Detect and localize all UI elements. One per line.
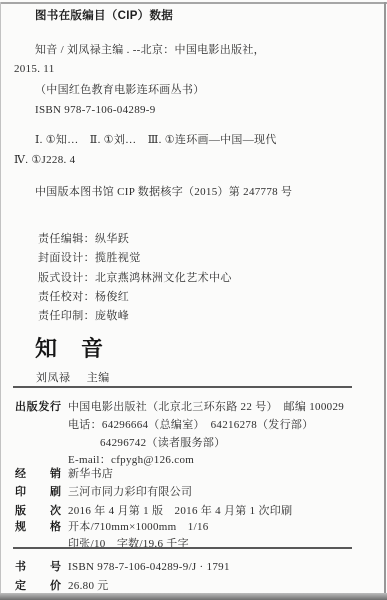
credit-line-proofreader: 责任校对：杨俊红 — [38, 288, 232, 307]
scan-edge-bottom — [0, 593, 387, 600]
colophon-row-sheets: 印张/10 字数/19.6 千字 — [0, 538, 387, 552]
cip-heading: 图书在版编目（CIP）数据 — [35, 10, 173, 23]
cip-line-title: 知音 / 刘凤禄主编 . --北京：中国电影出版社， — [35, 44, 265, 57]
book-title: 知 音 — [35, 336, 104, 362]
cip-line-registry: 中国版本图书馆 CIP 数据核字（2015）第 247778 号 — [35, 186, 292, 199]
colophon-row-distributor: 经销 新华书店 — [0, 468, 387, 482]
row-value: ISBN 978-7-106-04289-9/J · 1791 — [68, 561, 230, 574]
row-label: 经销 — [15, 468, 61, 481]
footer-row-book-number: 书号 ISBN 978-7-106-04289-9/J · 1791 — [0, 561, 387, 575]
row-value: 2016 年 4 月第 1 版 2016 年 4 月第 1 次印刷 — [68, 505, 292, 518]
row-value: 26.80 元 — [68, 580, 109, 593]
credit-line-editor: 责任编辑：纵华跃 — [38, 230, 232, 249]
row-value: 中国电影出版社（北京北三环东路 22 号） 邮编 100029 — [68, 401, 344, 414]
row-label: 书号 — [15, 561, 61, 574]
row-value: 64296742（读者服务部） — [100, 437, 226, 450]
credit-line-cover-design: 封面设计：揽胜视觉 — [38, 249, 232, 268]
cip-line-isbn: ISBN 978-7-106-04289-9 — [35, 104, 156, 117]
row-label: 规格 — [15, 521, 61, 534]
row-label: 定价 — [15, 580, 61, 593]
book-editor-line: 刘凤禄 主编 — [36, 369, 110, 385]
book-editor-name: 刘凤禄 — [36, 372, 71, 384]
colophon-row-phone: 电话：64296664（总编室） 64216278（发行部） — [0, 419, 387, 433]
row-value: E-mail：cfpygh@126.com — [68, 454, 194, 467]
row-label: 版次 — [15, 505, 61, 518]
colophon-row-edition: 版次 2016 年 4 月第 1 版 2016 年 4 月第 1 次印刷 — [0, 505, 387, 519]
copyright-page: 图书在版编目（CIP）数据 知音 / 刘凤禄主编 . --北京：中国电影出版社，… — [0, 0, 387, 600]
cip-line-class-code: Ⅳ. ①J228. 4 — [14, 154, 75, 167]
row-value: 三河市同力彩印有限公司 — [68, 486, 192, 499]
credit-line-layout-design: 版式设计：北京燕鸿林洲文化艺术中心 — [38, 269, 232, 288]
row-value: 电话：64296664（总编室） 64216278（发行部） — [68, 419, 314, 432]
scan-edge-top — [0, 2, 387, 4]
colophon-row-phone2: 64296742（读者服务部） — [0, 437, 387, 451]
row-label: 印刷 — [15, 486, 61, 499]
footer-row-price: 定价 26.80 元 — [0, 580, 387, 594]
divider-rule-bottom — [13, 547, 352, 549]
colophon-row-email: E-mail：cfpygh@126.com — [0, 454, 387, 468]
credits-block: 责任编辑：纵华跃 封面设计：揽胜视觉 版式设计：北京燕鸿林洲文化艺术中心 责任校… — [38, 230, 232, 326]
row-value: 新华书店 — [68, 468, 113, 481]
cip-line-series: （中国红色教育电影连环画丛书） — [35, 84, 205, 97]
colophon-row-publisher: 出版发行 中国电影出版社（北京北三环东路 22 号） 邮编 100029 — [0, 401, 387, 415]
colophon-row-format: 规格 开本/710mm×1000mm 1/16 — [0, 521, 387, 535]
cip-line-classification: Ⅰ. ①知… Ⅱ. ①刘… Ⅲ. ①连环画—中国—现代 — [35, 134, 277, 147]
colophon-row-printer: 印刷 三河市同力彩印有限公司 — [0, 486, 387, 500]
cip-line-year: 2015. 11 — [14, 63, 55, 76]
book-editor-role: 主编 — [87, 372, 110, 384]
row-value: 开本/710mm×1000mm 1/16 — [68, 521, 209, 534]
row-value: 印张/10 字数/19.6 千字 — [68, 538, 189, 551]
row-label: 出版发行 — [15, 401, 61, 414]
divider-rule-top — [13, 386, 352, 388]
credit-line-print-supervisor: 责任印制：庞敬峰 — [38, 307, 232, 326]
